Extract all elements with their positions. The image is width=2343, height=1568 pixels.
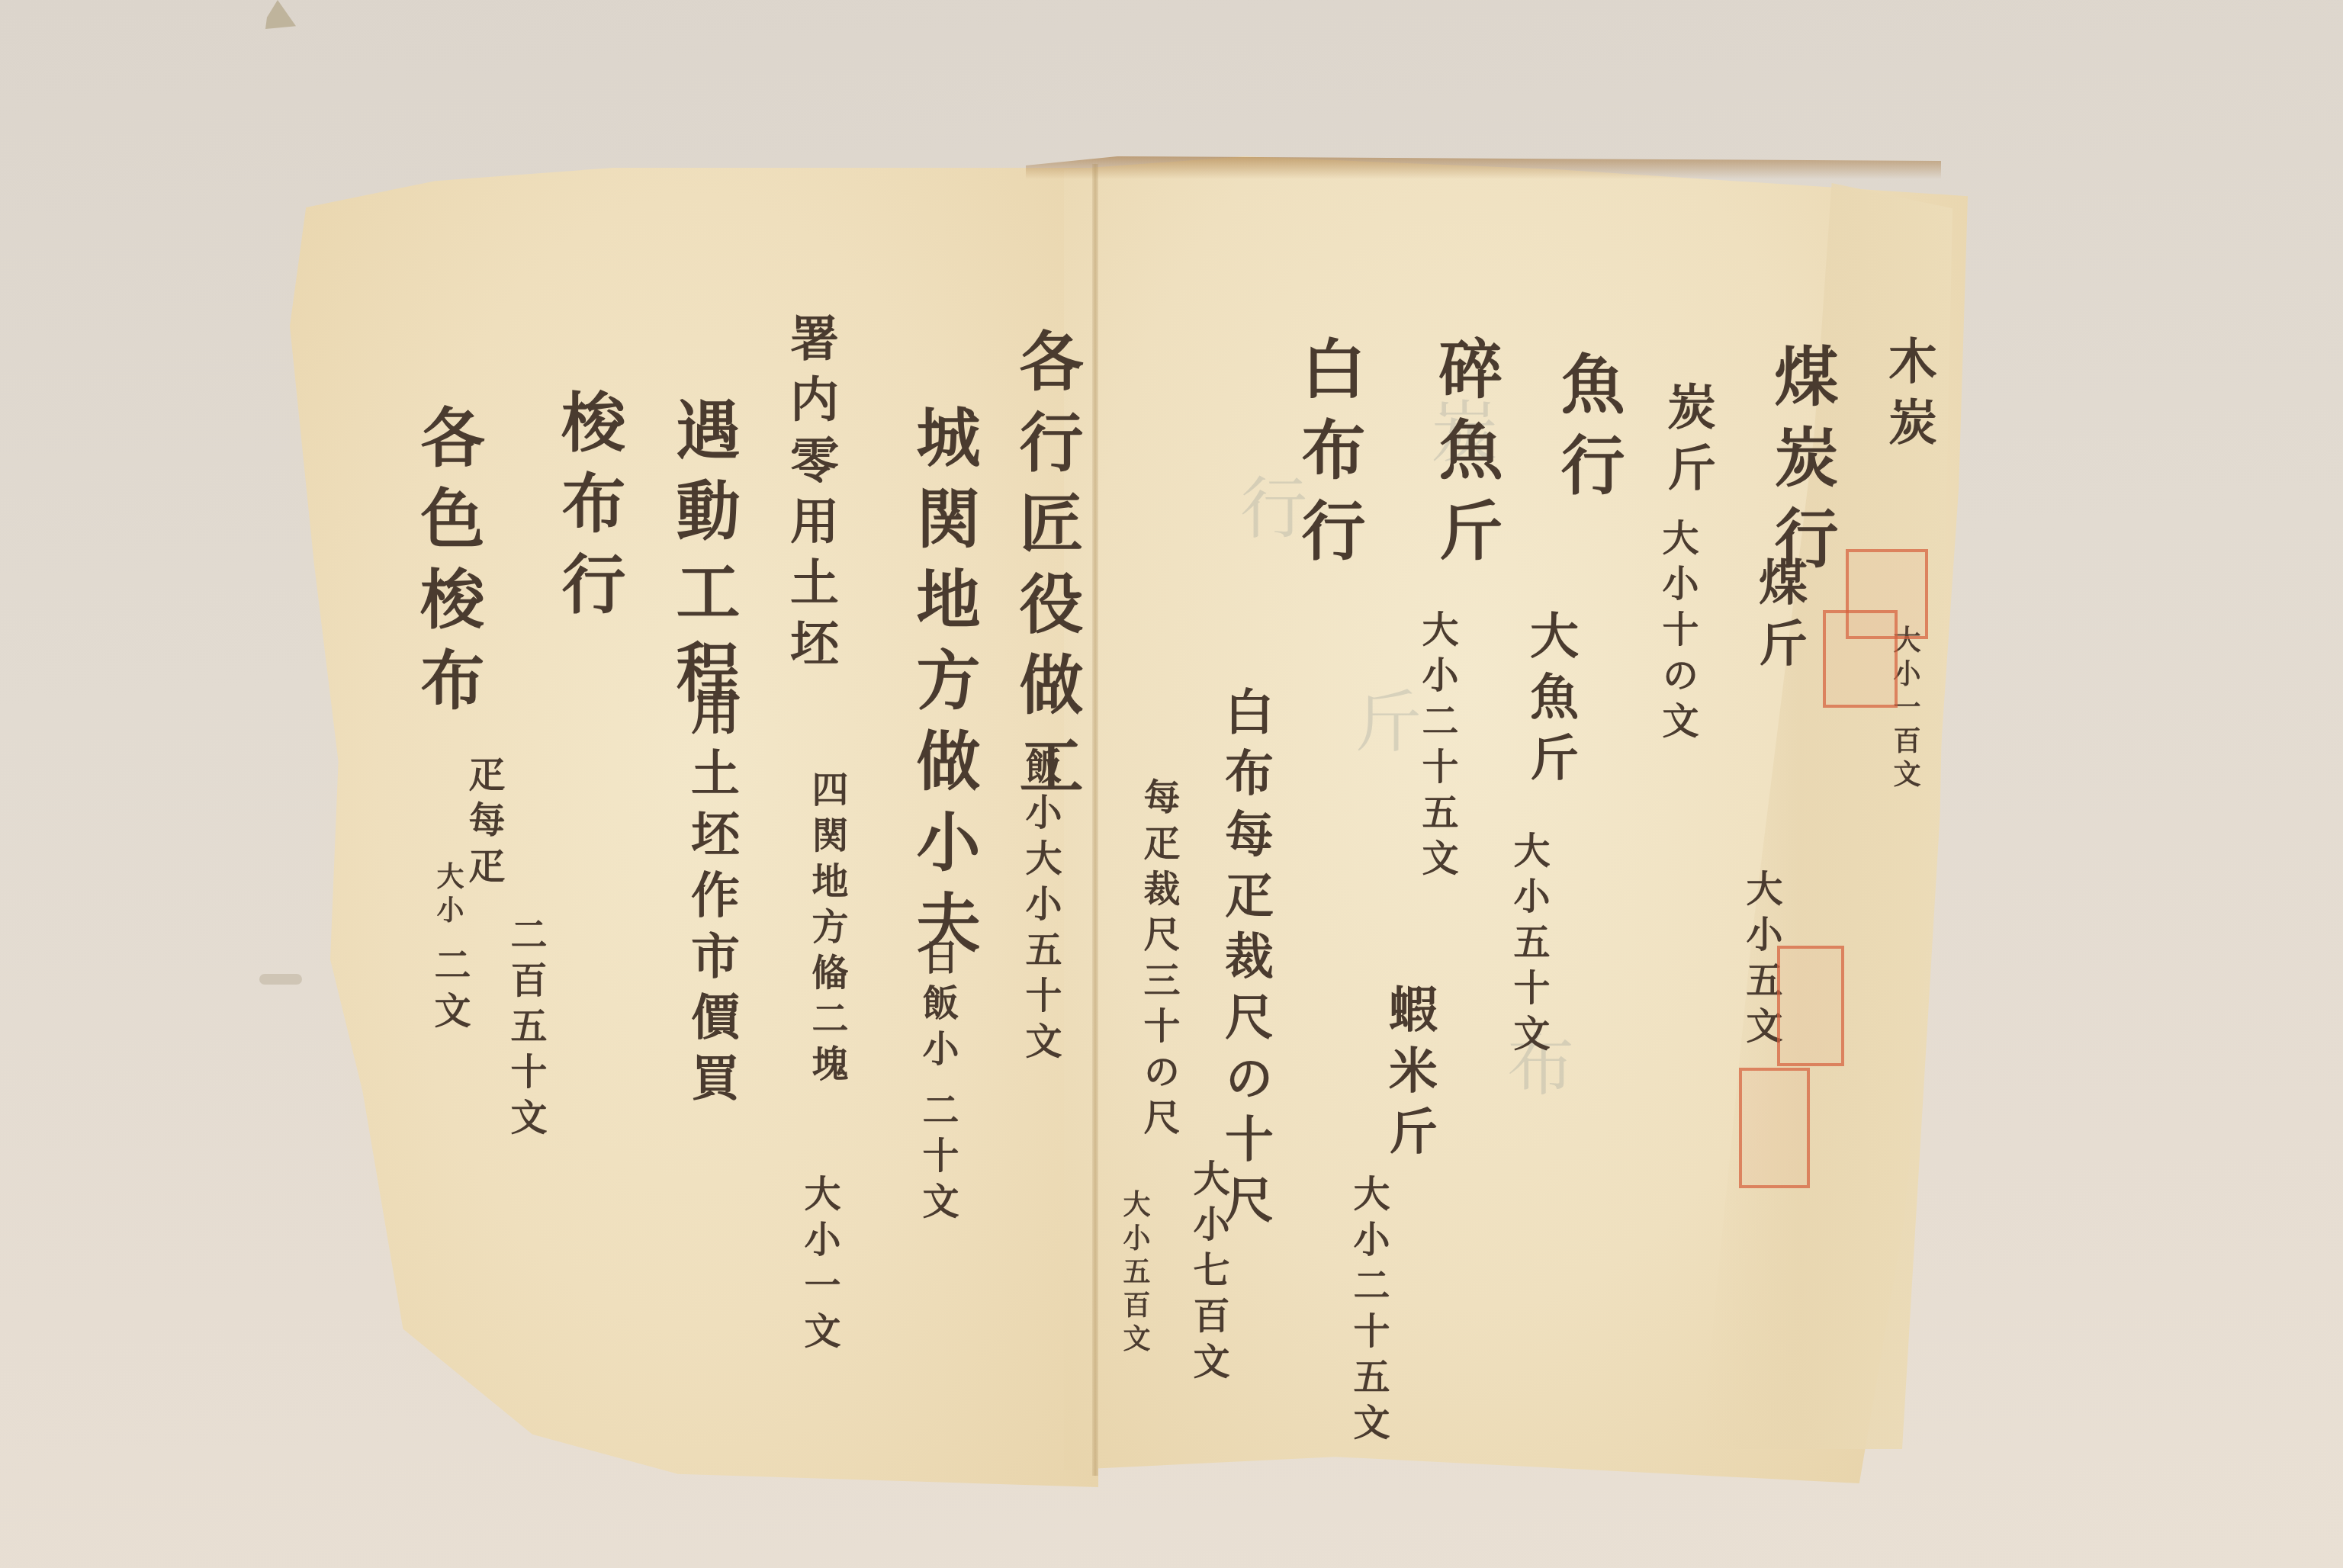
item-dried-shrimp: 蝦米斤 [1384,984,1433,1167]
item-daily-meal: 日飯小 [919,938,956,1075]
backdrop-mark [259,974,302,985]
heading-coal-trade: 煤炭行 [1769,343,1834,586]
price-laborer: 二十文 [919,1091,956,1228]
price-white-cloth-30: 大小五百文 [1121,1190,1149,1358]
price-coal: 大小五文 [1743,869,1779,1052]
item-white-cloth-40-chi: 白布每疋裁尺の十尺 [1220,686,1269,1235]
price-charcoal: 大小十の文 [1659,519,1695,747]
heading-shuttle-cloth-trade: 梭布行 [557,389,621,631]
item-office-adobe: 署内零用土坯 [786,313,834,679]
item-construction-works: 遇動工程 [671,397,735,720]
price-white-cloth-40: 大小七百文 [1190,1159,1226,1388]
item-charcoal-per-jin: 炭斤 [1663,381,1711,503]
price-craftsmen-meal: 飯小大小五十文 [1022,747,1059,1068]
edge-stain [1026,156,1941,179]
price-fragment: 二文 [431,946,468,1037]
item-city-laborer: 城関地方做小夫 [911,404,975,970]
heading-white-cloth-trade: 白布行 [1297,336,1361,578]
item-per-bolt: 疋每疋 [465,755,502,892]
price-broken-fish: 大小二十五文 [1419,610,1455,885]
sheet-seam [1092,164,1098,1476]
price-large-fish: 大小五十文 [1510,831,1547,1060]
price-dried-shrimp: 大小二十五文 [1350,1174,1387,1449]
backdrop-mark [265,0,296,29]
item-broken-fish: 碎魚斤 [1434,336,1498,578]
item-shuttle-cloth-colors: 各色梭布 [416,404,480,728]
price-note-size: 大小 [435,862,462,929]
red-seal-stamp [1739,1068,1810,1188]
price-shuttle-cloth: 二百五十文 [507,915,544,1144]
item-four-gates-adobe: 四関地方偹二塊 [808,770,845,1091]
item-white-cloth-30-chi: 每疋裁尺三十の尺 [1140,778,1177,1144]
heading-fish-trade: 魚行 [1556,351,1620,512]
red-seal-stamp [1823,610,1898,708]
column-charcoal-partial: 木炭 [1884,336,1933,458]
heading-craftsmen-labor: 各行匠役做工 [1014,328,1078,813]
item-large-fish: 大魚斤 [1525,610,1574,793]
red-seal-stamp [1777,946,1844,1066]
price-adobe: 大小一文 [801,1174,837,1358]
item-coal-per-jin: 煤斤 [1754,557,1803,679]
note-market-price: 用土坯作市價買 [686,686,735,1113]
